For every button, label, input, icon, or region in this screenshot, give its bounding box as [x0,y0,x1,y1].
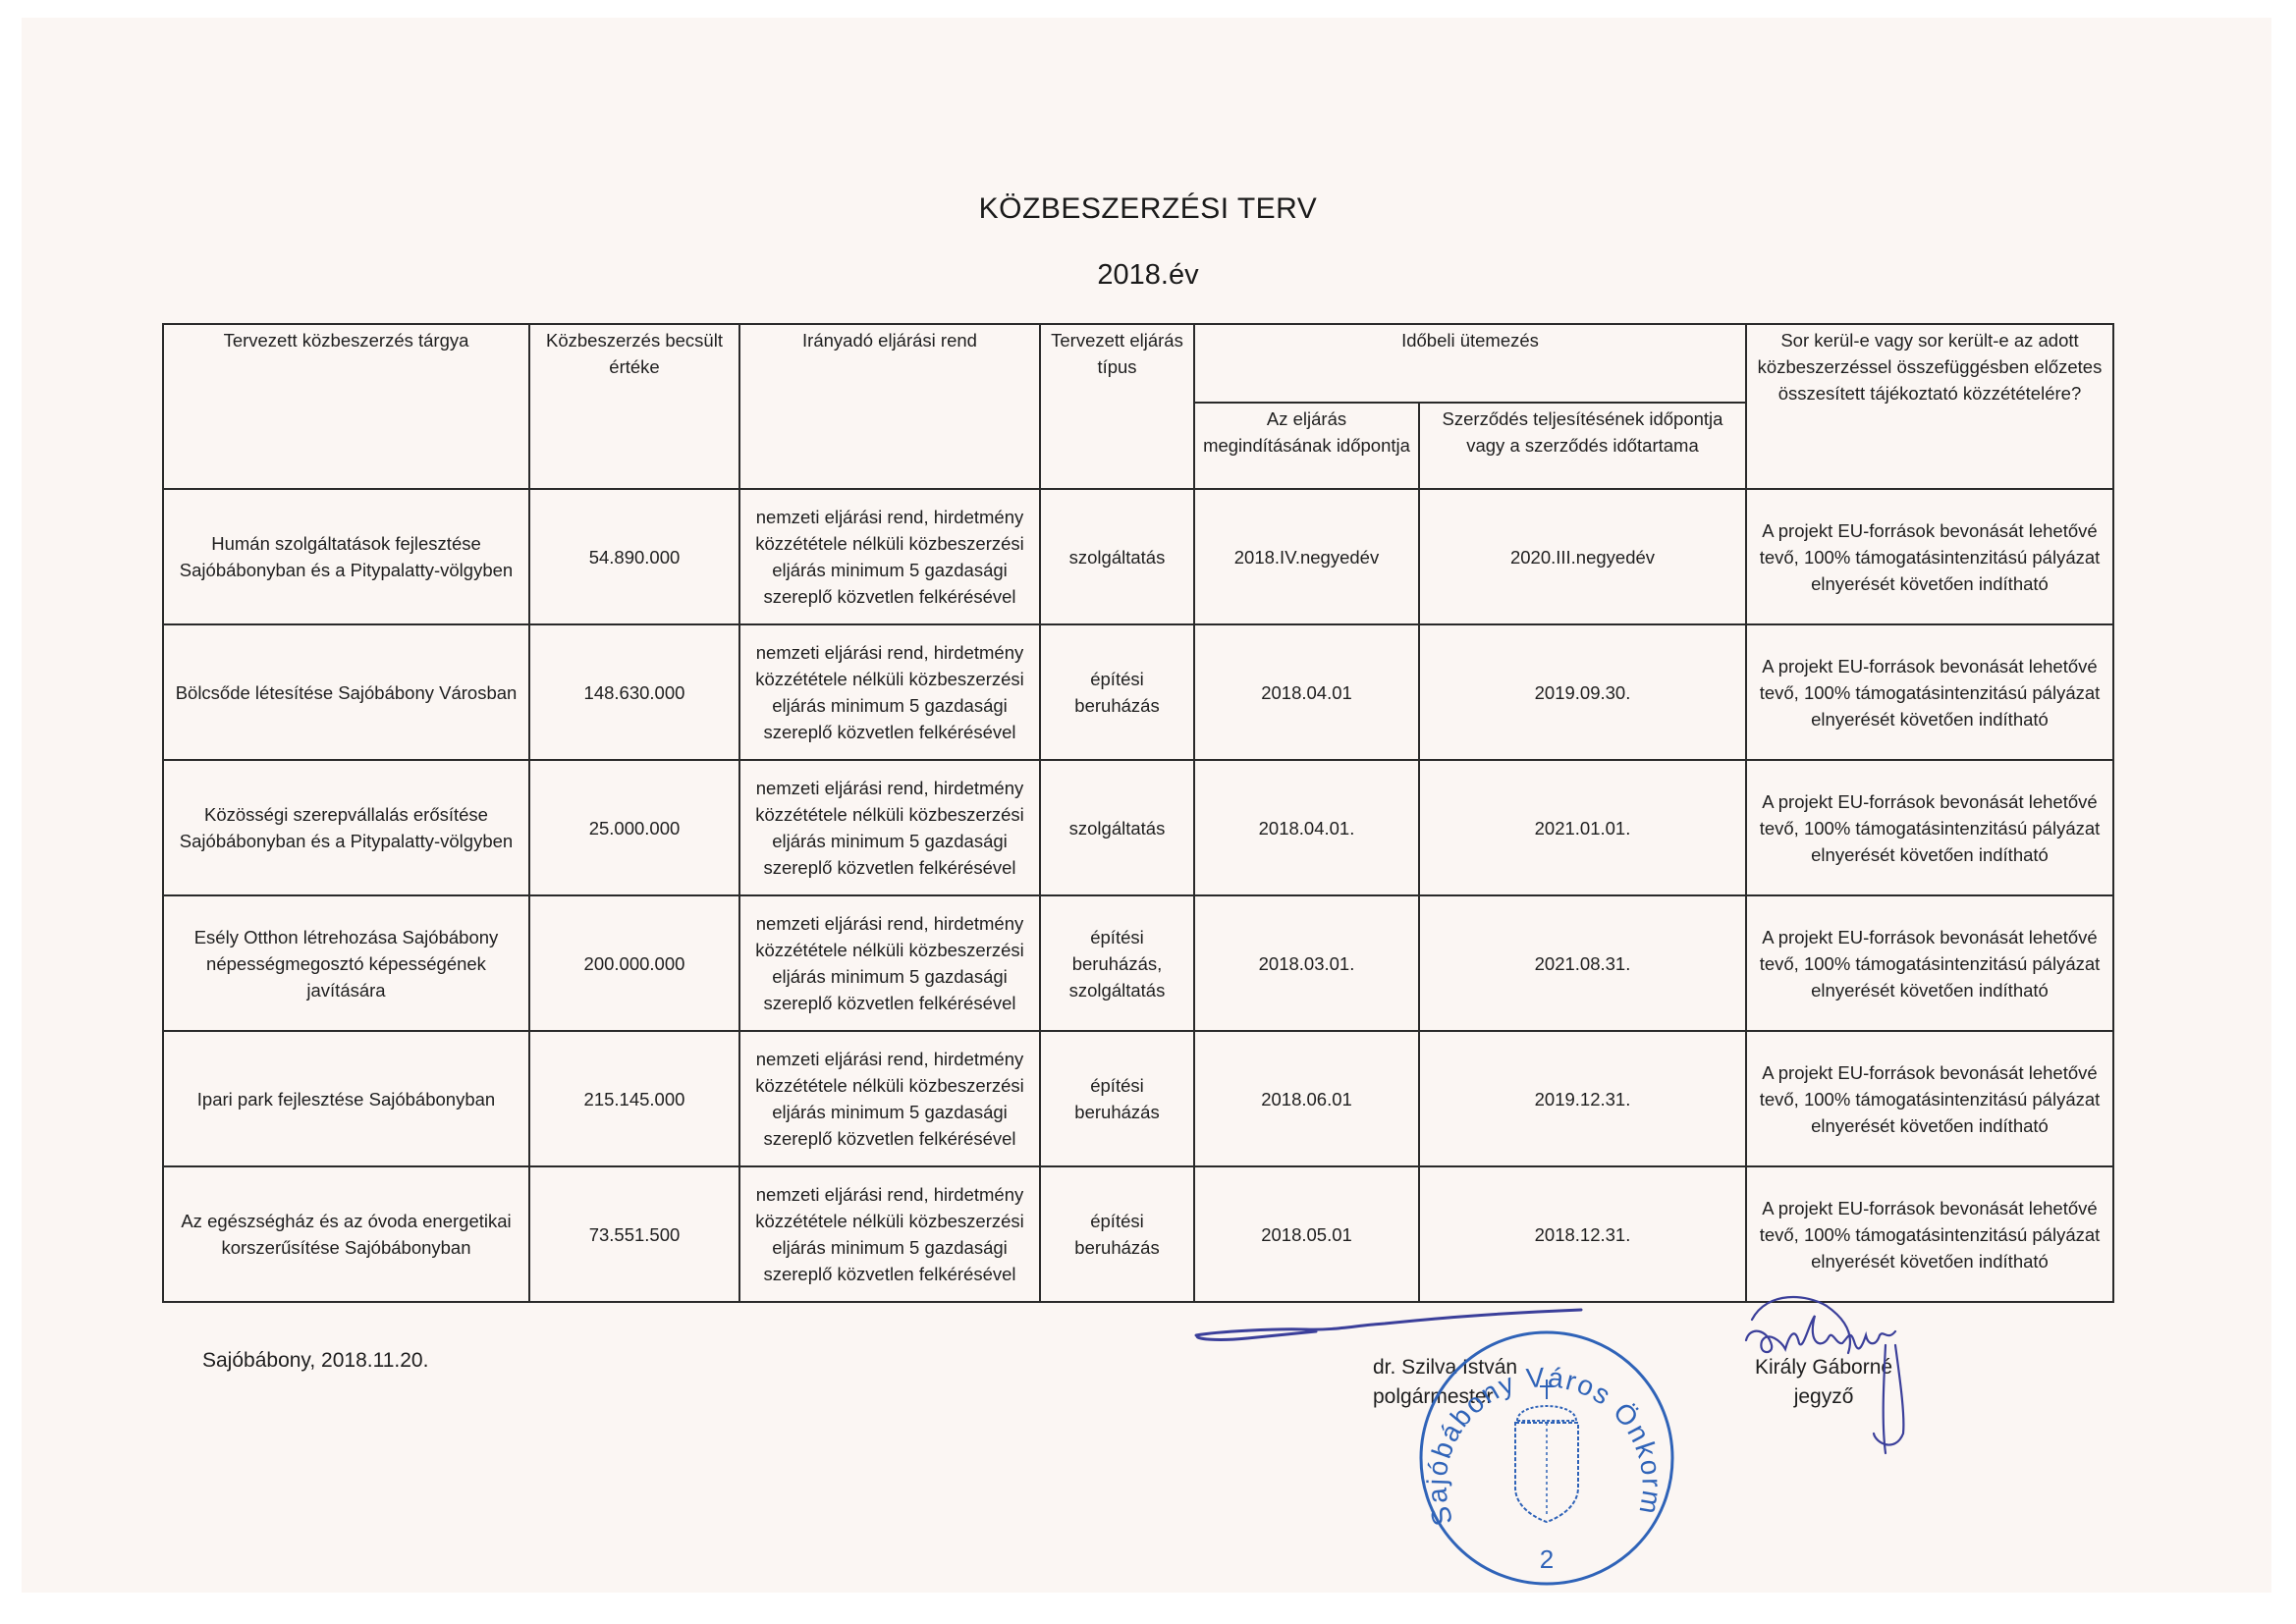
document-title: KÖZBESZERZÉSI TERV [0,192,2296,226]
cell-procedure: nemzeti eljárási rend, hirdetmény közzét… [739,895,1040,1031]
cell-type: építési beruházás [1040,1166,1194,1302]
cell-subject: Bölcsőde létesítése Sajóbábony Városban [163,624,529,760]
table-row: Közösségi szerepvállalás erősítése Sajób… [163,760,2113,895]
cell-start: 2018.04.01. [1194,760,1419,895]
cell-end: 2021.01.01. [1419,760,1746,895]
signatory-mayor-name: dr. Szilva István [1373,1353,1517,1382]
cell-notice: A projekt EU-források bevonását lehetővé… [1746,895,2113,1031]
cell-procedure: nemzeti eljárási rend, hirdetmény közzét… [739,1166,1040,1302]
table-row: Esély Otthon létrehozása Sajóbábony népe… [163,895,2113,1031]
cell-procedure: nemzeti eljárási rend, hirdetmény közzét… [739,1031,1040,1166]
cell-start: 2018.06.01 [1194,1031,1419,1166]
header-schedule: Időbeli ütemezés [1194,324,1746,403]
cell-end: 2019.12.31. [1419,1031,1746,1166]
header-value: Közbeszerzés becsült értéke [529,324,739,489]
table-row: Humán szolgáltatások fejlesztése Sajóbáb… [163,489,2113,624]
cell-subject: Közösségi szerepvállalás erősítése Sajób… [163,760,529,895]
cell-subject: Ipari park fejlesztése Sajóbábonyban [163,1031,529,1166]
cell-type: építési beruházás [1040,624,1194,760]
table-row: Az egészségház és az óvoda energetikai k… [163,1166,2113,1302]
document-year: 2018.év [0,259,2296,292]
cell-type: építési beruházás, szolgáltatás [1040,895,1194,1031]
header-procedure: Irányadó eljárási rend [739,324,1040,489]
place-and-date: Sajóbábony, 2018.11.20. [202,1349,428,1373]
cell-procedure: nemzeti eljárási rend, hirdetmény közzét… [739,760,1040,895]
cell-notice: A projekt EU-források bevonását lehetővé… [1746,624,2113,760]
cell-start: 2018.05.01 [1194,1166,1419,1302]
cell-value: 54.890.000 [529,489,739,624]
cell-value: 215.145.000 [529,1031,739,1166]
header-type: Tervezett eljárás típus [1040,324,1194,489]
signatory-mayor: dr. Szilva István polgármester [1373,1353,1517,1412]
cell-notice: A projekt EU-források bevonását lehetővé… [1746,489,2113,624]
cell-end: 2020.III.negyedév [1419,489,1746,624]
cell-subject: Esély Otthon létrehozása Sajóbábony népe… [163,895,529,1031]
cell-value: 73.551.500 [529,1166,739,1302]
cell-type: szolgáltatás [1040,489,1194,624]
cell-subject: Az egészségház és az óvoda energetikai k… [163,1166,529,1302]
signatory-notary-name: Király Gáborné [1755,1353,1892,1382]
cell-subject: Humán szolgáltatások fejlesztése Sajóbáb… [163,489,529,624]
cell-value: 25.000.000 [529,760,739,895]
cell-notice: A projekt EU-források bevonását lehetővé… [1746,1166,2113,1302]
cell-notice: A projekt EU-források bevonását lehetővé… [1746,760,2113,895]
header-subject: Tervezett közbeszerzés tárgya [163,324,529,489]
cell-end: 2018.12.31. [1419,1166,1746,1302]
header-start: Az eljárás megindításának időpontja [1194,403,1419,489]
cell-end: 2021.08.31. [1419,895,1746,1031]
cell-start: 2018.03.01. [1194,895,1419,1031]
procurement-plan-table: Tervezett közbeszerzés tárgya Közbeszerz… [162,323,2114,1303]
cell-type: szolgáltatás [1040,760,1194,895]
signatory-notary: Király Gáborné jegyző [1755,1353,1892,1412]
signatory-mayor-role: polgármester [1373,1382,1517,1412]
cell-notice: A projekt EU-források bevonását lehetővé… [1746,1031,2113,1166]
cell-value: 200.000.000 [529,895,739,1031]
cell-procedure: nemzeti eljárási rend, hirdetmény közzét… [739,624,1040,760]
signatory-notary-role: jegyző [1755,1382,1892,1412]
table-row: Ipari park fejlesztése Sajóbábonyban215.… [163,1031,2113,1166]
cell-value: 148.630.000 [529,624,739,760]
cell-start: 2018.IV.negyedév [1194,489,1419,624]
cell-start: 2018.04.01 [1194,624,1419,760]
cell-procedure: nemzeti eljárási rend, hirdetmény közzét… [739,489,1040,624]
header-notice: Sor kerül-e vagy sor került-e az adott k… [1746,324,2113,489]
header-end: Szerződés teljesítésének időpontja vagy … [1419,403,1746,489]
cell-end: 2019.09.30. [1419,624,1746,760]
table-row: Bölcsőde létesítése Sajóbábony Városban1… [163,624,2113,760]
cell-type: építési beruházás [1040,1031,1194,1166]
